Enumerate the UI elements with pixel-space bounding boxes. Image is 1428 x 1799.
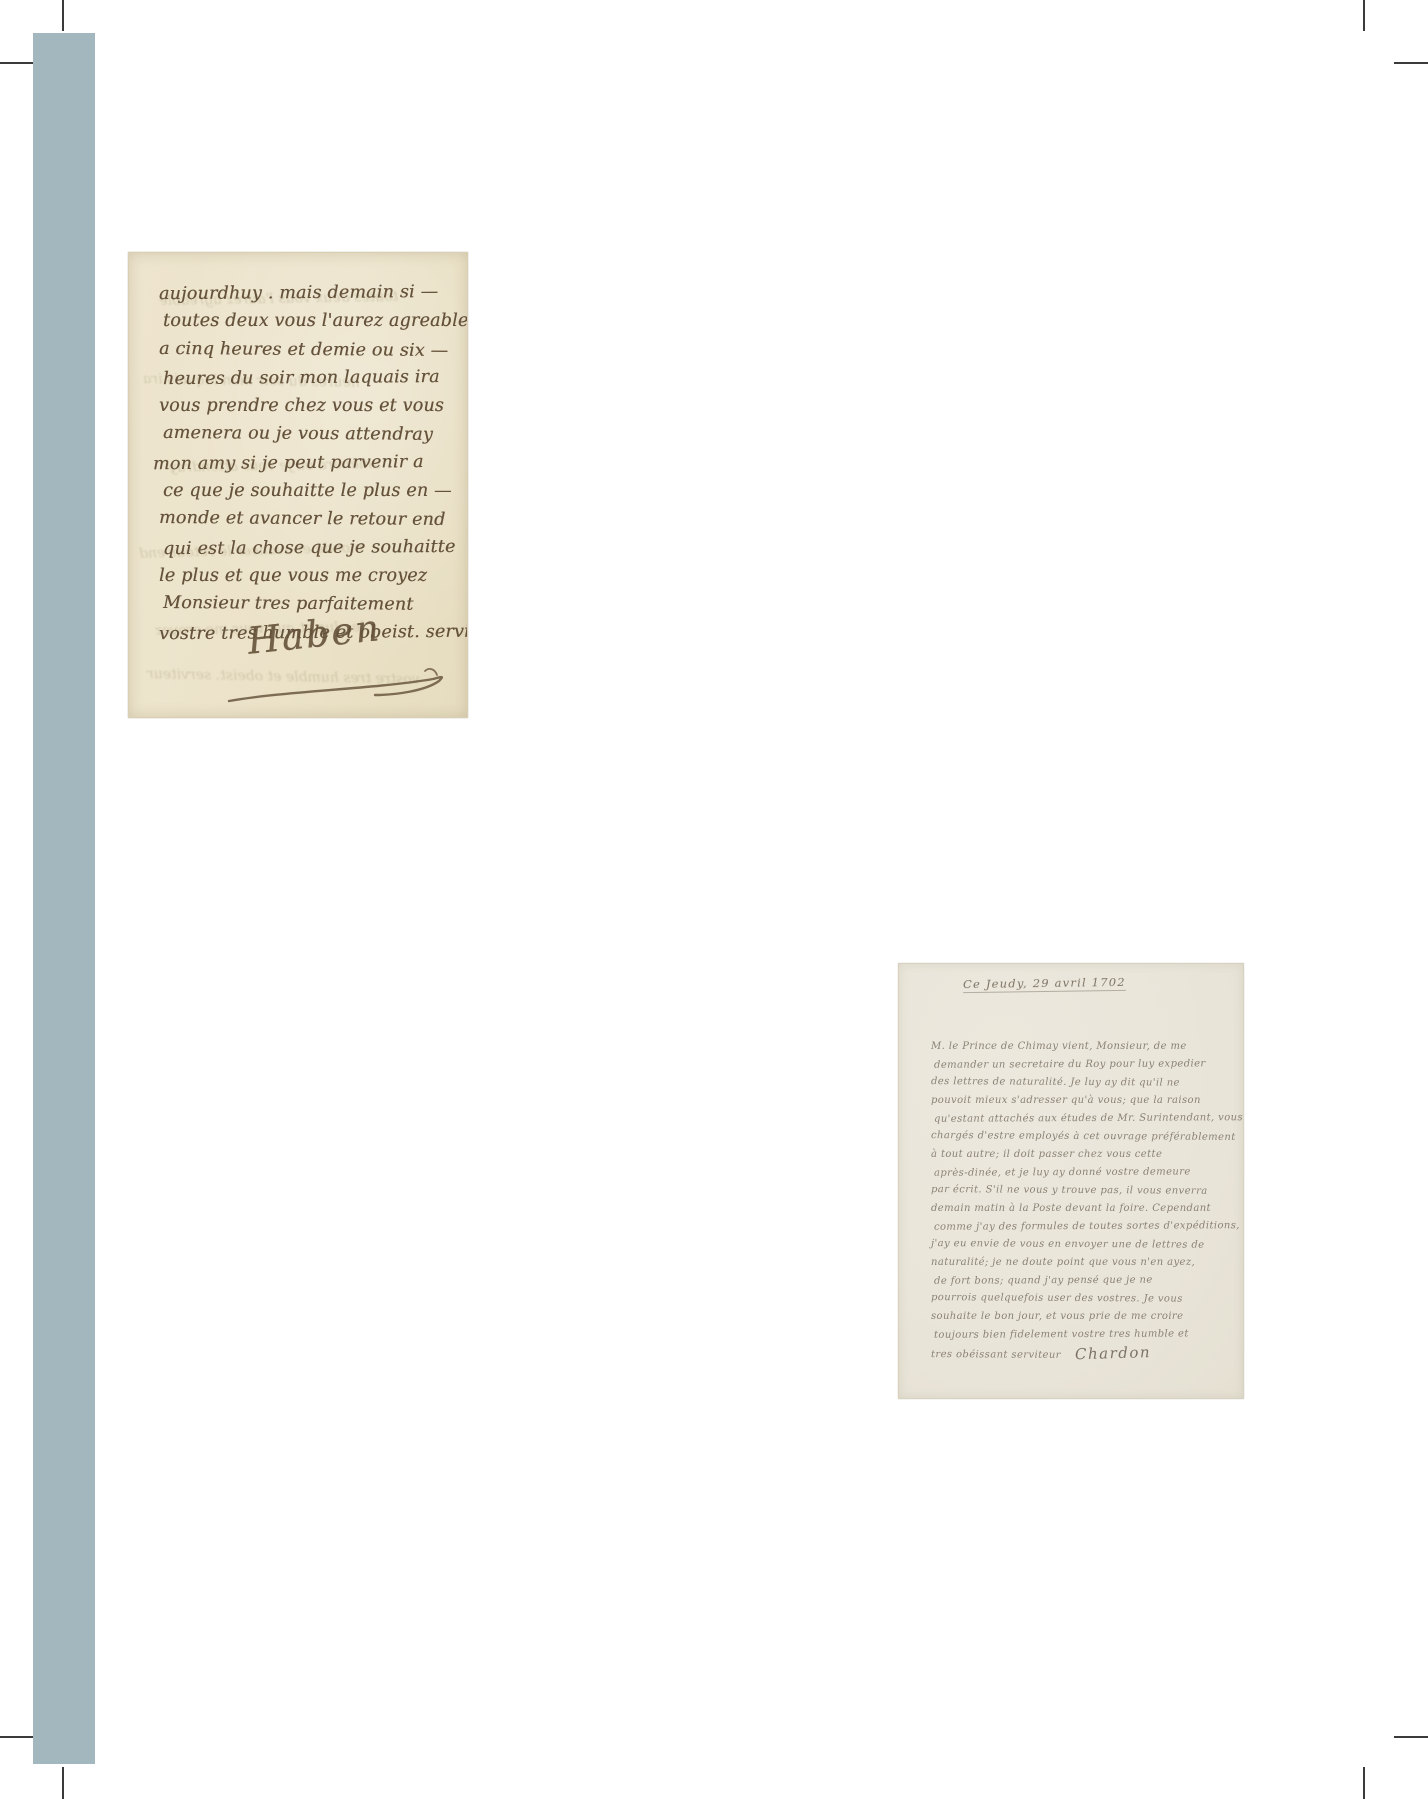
- signature-paraph-flourish: [225, 661, 455, 709]
- manuscript-2-date-line: Ce Jeudy, 29 avril 1702: [963, 975, 1126, 991]
- manuscript-line: qui est la chose que je souhaitte: [163, 533, 461, 564]
- manuscript-line: pouvoit mieux s'adresser qu'à vous; que …: [931, 1092, 1235, 1110]
- manuscript-letter-2: Ce Jeudy, 29 avril 1702 M. le Prince de …: [898, 963, 1244, 1399]
- manuscript-line: à tout autre; il doit passer chez vous c…: [931, 1146, 1235, 1164]
- manuscript-line: vous prendre chez vous et vous: [159, 392, 461, 420]
- manuscript-line: heures du soir mon laquais ira: [163, 363, 461, 394]
- crop-mark-top-left-vertical: [62, 0, 64, 31]
- manuscript-line: amenera ou je vous attendray: [163, 419, 461, 449]
- manuscript-letter-1: toutes deux vous l'aurez agreable heures…: [128, 252, 468, 718]
- manuscript-line: mon amy si je peut parvenir a: [153, 448, 461, 479]
- manuscript-line: pourrois quelquefois user des vostres. J…: [931, 1289, 1235, 1309]
- manuscript-line: toujours bien fidelement vostre tres hum…: [934, 1325, 1235, 1345]
- manuscript-line: des lettres de naturalité. Je luy ay dit…: [931, 1073, 1235, 1093]
- manuscript-line: demain matin à la Poste devant la foire.…: [931, 1200, 1235, 1218]
- crop-mark-bottom-left-horizontal: [0, 1736, 35, 1738]
- manuscript-line: toutes deux vous l'aurez agreable: [163, 307, 461, 335]
- manuscript-line: après-dinée, et je luy ay donné vostre d…: [934, 1163, 1235, 1183]
- catalog-page: toutes deux vous l'aurez agreable heures…: [0, 0, 1428, 1799]
- manuscript-line: de fort bons; quand j'ay pensé que je ne: [934, 1271, 1235, 1291]
- manuscript-line: a cinq heures et demie ou six —: [159, 335, 461, 365]
- manuscript-2-body: M. le Prince de Chimay vient, Monsieur, …: [931, 1038, 1235, 1365]
- crop-mark-top-right-horizontal: [1394, 62, 1428, 64]
- manuscript-line: qu'estant attachés aux études de Mr. Sur…: [934, 1109, 1235, 1129]
- manuscript-line: aujourdhuy . mais demain si —: [159, 278, 461, 309]
- crop-mark-bottom-right-horizontal: [1394, 1736, 1428, 1738]
- manuscript-line: demander un secretaire du Roy pour luy e…: [934, 1055, 1235, 1075]
- manuscript-line: chargés d'estre employés à cet ouvrage p…: [931, 1127, 1235, 1147]
- manuscript-line-text: tres obéissant serviteur: [931, 1349, 1061, 1361]
- manuscript-line: naturalité; je ne doute point que vous n…: [931, 1254, 1235, 1272]
- left-accent-bar: [33, 33, 95, 1764]
- manuscript-line: tres obéissant serviteurChardon: [931, 1343, 1235, 1366]
- manuscript-line: monde et avancer le retour end: [159, 504, 461, 534]
- crop-mark-top-right-vertical: [1363, 0, 1365, 31]
- manuscript-line: j'ay eu envie de vous en envoyer une de …: [931, 1235, 1235, 1255]
- manuscript-line: le plus et que vous me croyez: [159, 562, 461, 590]
- manuscript-line: par écrit. S'il ne vous y trouve pas, il…: [931, 1181, 1235, 1201]
- manuscript-line: M. le Prince de Chimay vient, Monsieur, …: [931, 1038, 1235, 1056]
- manuscript-line: comme j'ay des formules de toutes sortes…: [934, 1217, 1235, 1237]
- manuscript-line: souhaite le bon jour, et vous prie de me…: [931, 1308, 1235, 1326]
- crop-mark-bottom-left-vertical: [62, 1767, 64, 1799]
- crop-mark-top-left-horizontal: [0, 62, 35, 64]
- manuscript-2-signature: Chardon: [1075, 1343, 1152, 1363]
- manuscript-1-body: aujourdhuy . mais demain si — toutes deu…: [159, 279, 461, 647]
- crop-mark-bottom-right-vertical: [1363, 1767, 1365, 1799]
- manuscript-1-signature: Haben: [247, 609, 457, 709]
- manuscript-line: ce que je souhaitte le plus en —: [163, 477, 461, 505]
